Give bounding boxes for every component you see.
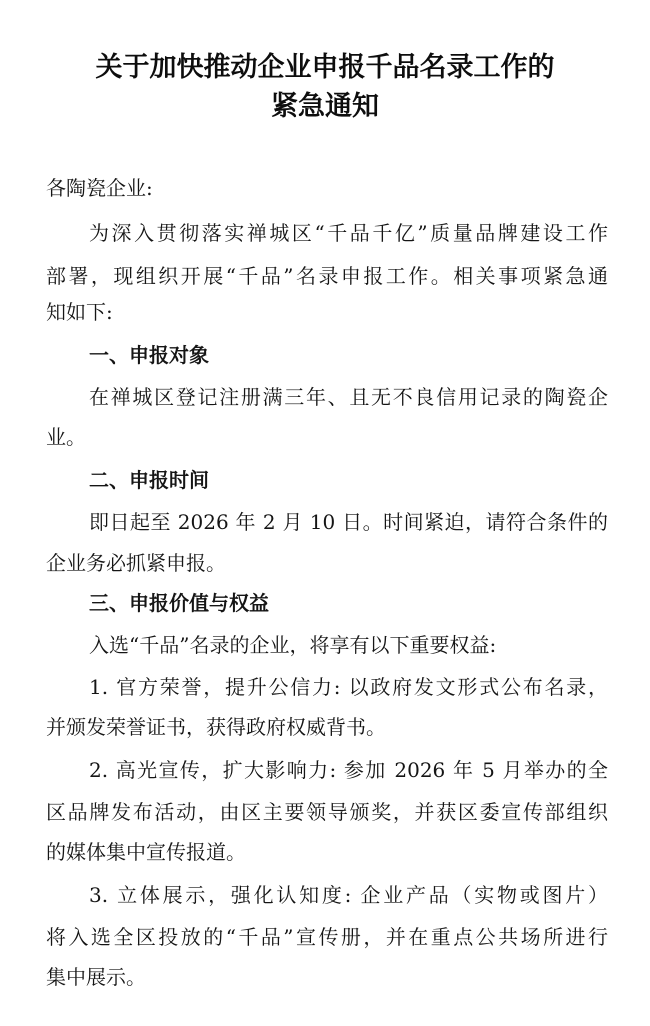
section-3-intro: 入选“千品”名录的企业，将享有以下重要权益: <box>89 631 608 659</box>
section-1-line-2: 业。 <box>46 423 608 451</box>
salutation: 各陶瓷企业: <box>46 174 608 202</box>
benefit-2-line-3: 的媒体集中宣传报道。 <box>46 838 608 866</box>
intro-line-2: 部署，现组织开展“千品”名录申报工作。相关事项紧急通 <box>46 262 608 290</box>
document-title-line-2: 紧急通知 <box>0 89 650 125</box>
benefit-3-line-3: 集中展示。 <box>46 963 608 991</box>
benefit-1-line-2: 并颁发荣誉证书，获得政府权威背书。 <box>46 713 608 741</box>
intro-line-3: 知如下: <box>46 298 608 326</box>
benefit-2-line-2: 区品牌发布活动，由区主要领导颁奖，并获区委宣传部组织 <box>46 798 608 826</box>
intro-line-1: 为深入贯彻落实禅城区“千品千亿”质量品牌建设工作 <box>89 219 608 247</box>
benefit-3-line-2: 将入选全区投放的“千品”宣传册，并在重点公共场所进行 <box>46 923 608 951</box>
document-title-line-1: 关于加快推动企业申报千品名录工作的 <box>0 50 650 86</box>
section-2-line-1: 即日起至 2026 年 2 月 10 日。时间紧迫，请符合条件的 <box>89 508 608 536</box>
benefit-2-line-1: 2. 高光宣传，扩大影响力: 参加 2026 年 5 月举办的全 <box>89 756 608 784</box>
benefit-1-line-1: 1. 官方荣誉，提升公信力: 以政府发文形式公布名录， <box>89 673 608 701</box>
section-1-heading: 一、申报对象 <box>89 341 608 369</box>
section-2-heading: 二、申报时间 <box>89 466 608 494</box>
section-2-line-2: 企业务必抓紧申报。 <box>46 549 608 577</box>
section-3-heading: 三、申报价值与权益 <box>89 589 608 617</box>
benefit-3-line-1: 3. 立体展示，强化认知度: 企业产品（实物或图片） <box>89 881 608 909</box>
section-1-line-1: 在禅城区登记注册满三年、且无不良信用记录的陶瓷企 <box>89 383 608 411</box>
